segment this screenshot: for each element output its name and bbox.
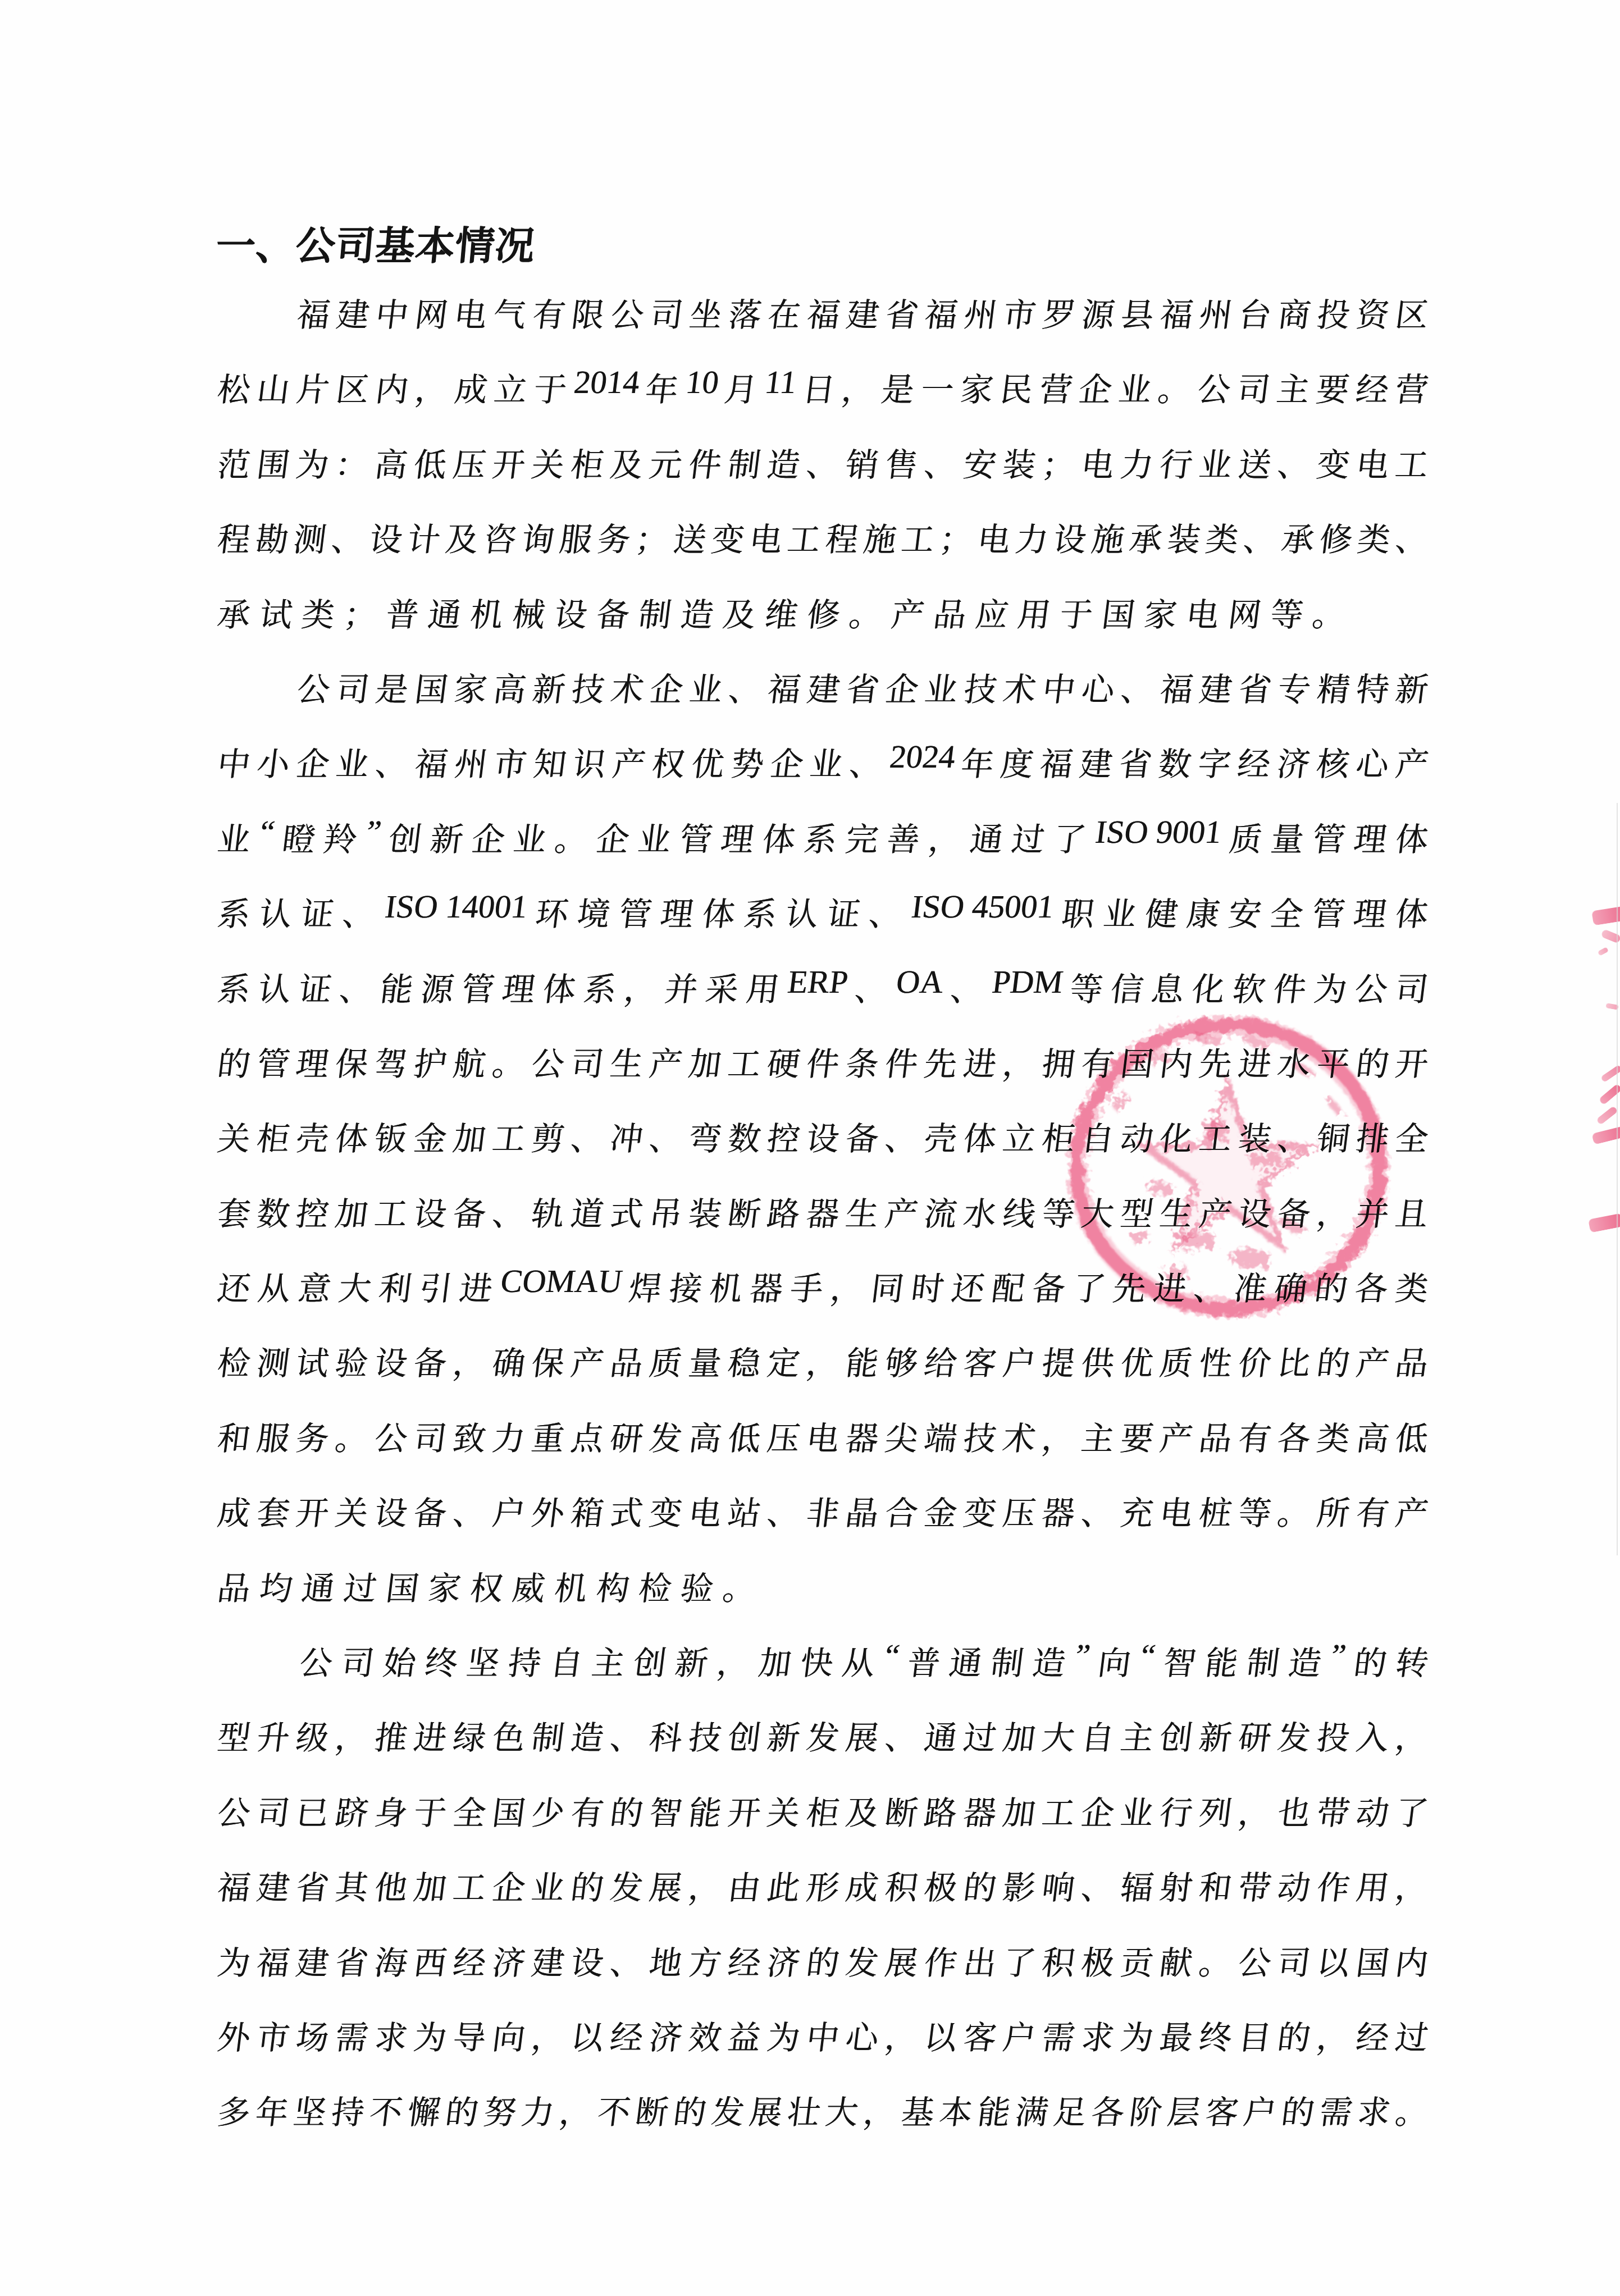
text-line-6: 公司是国家高新技术企业、福建省企业技术中心、福建省专精特新	[212, 663, 1431, 738]
text-line-15: 检测试验设备，确保产品质量稳定，能够给客户提供优质性价比的产品	[212, 1337, 1431, 1412]
text-line-5: 承试类；普通机械设备制造及维修。产品应用于国家电网等。	[212, 588, 1431, 663]
section-heading: 一、公司基本情况	[214, 214, 538, 271]
stamp-fragment-mark	[1591, 906, 1620, 926]
scan-edge-line	[1617, 803, 1618, 1555]
text-line-24: 外市场需求为导向，以经济效益为中心，以客户需求为最终目的，经过	[212, 2011, 1431, 2086]
text-line-16: 和服务。公司致力重点研发高低压电器尖端技术，主要产品有各类高低	[212, 1412, 1431, 1487]
text-line-22: 福建省其他加工企业的发展，由此形成积极的影响、辐射和带动作用，	[212, 1861, 1431, 1936]
text-line-10: 系认证、能源管理体系，并采用ERP、OA、PDM等信息化软件为公司	[212, 963, 1431, 1038]
text-line-23: 为福建省海西经济建设、地方经济的发展作出了积极贡献。公司以国内	[212, 1937, 1431, 2011]
text-line-18: 品均通过国家权威机构检验。	[212, 1562, 1431, 1637]
document-page: 一、公司基本情况 福建中网电气有限公司坐落在福建省福州市罗源县福州台商投资区松山…	[0, 0, 1620, 2296]
text-line-19: 公司始终坚持自主创新，加快从“普通制造”向“智能制造”的转	[212, 1637, 1431, 1711]
text-line-12: 关柜壳体钣金加工剪、冲、弯数控设备、壳体立柜自动化工装、铜排全	[212, 1112, 1431, 1187]
stamp-fragment-mark	[1588, 1213, 1620, 1233]
text-line-4: 程勘测、设计及咨询服务；送变电工程施工；电力设施承装类、承修类、	[212, 513, 1431, 588]
text-line-9: 系认证、ISO 14001环境管理体系认证、ISO 45001职业健康安全管理体	[212, 888, 1431, 962]
text-line-3: 范围为：高低压开关柜及元件制造、销售、安装；电力行业送、变电工	[212, 439, 1431, 513]
text-line-21: 公司已跻身于全国少有的智能开关柜及断路器加工企业行列，也带动了	[212, 1787, 1431, 1861]
text-line-2: 松山片区内，成立于2014年10月11日，是一家民营企业。公司主要经营	[212, 363, 1431, 438]
text-line-11: 的管理保驾护航。公司生产加工硬件条件先进，拥有国内先进水平的开	[212, 1038, 1431, 1112]
stamp-fragment-mark	[1596, 1106, 1618, 1125]
text-line-14: 还从意大利引进COMAU焊接机器手，同时还配备了先进、准确的各类	[212, 1262, 1431, 1337]
text-line-7: 中小企业、福州市知识产权优势企业、2024年度福建省数字经济核心产	[212, 738, 1431, 812]
text-line-1: 福建中网电气有限公司坐落在福建省福州市罗源县福州台商投资区	[212, 289, 1431, 363]
stamp-fragment-mark	[1591, 1126, 1620, 1144]
text-line-20: 型升级，推进绿色制造、科技创新发展、通过加大自主创新研发投入，	[212, 1711, 1431, 1786]
text-line-25: 多年坚持不懈的努力，不断的发展壮大，基本能满足各阶层客户的需求。	[212, 2086, 1431, 2161]
text-line-17: 成套开关设备、户外箱式变电站、非晶合金变压器、充电桩等。所有产	[212, 1487, 1431, 1562]
text-line-13: 套数控加工设备、轨道式吊装断路器生产流水线等大型生产设备，并且	[212, 1188, 1431, 1262]
document-body: 福建中网电气有限公司坐落在福建省福州市罗源县福州台商投资区松山片区内，成立于20…	[216, 289, 1427, 2161]
text-line-8: 业“瞪羚”创新企业。企业管理体系完善，通过了ISO 9001质量管理体	[212, 813, 1431, 888]
stamp-fragment-mark	[1598, 947, 1609, 956]
